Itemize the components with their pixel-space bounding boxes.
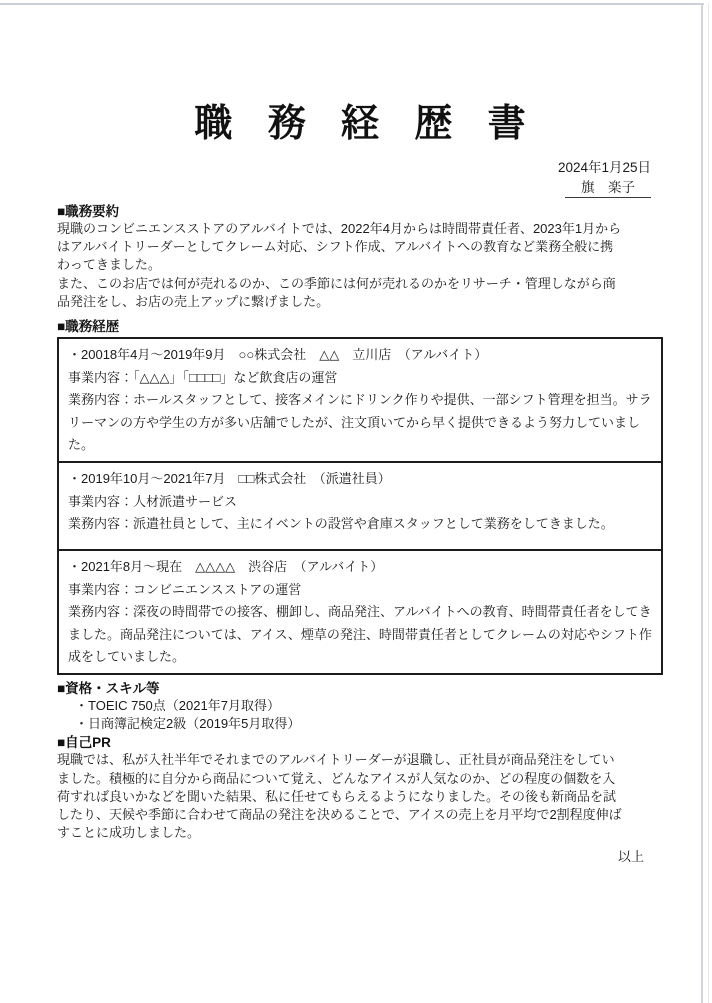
job-3-period: ・2021年8月～現在 △△△△ 渋谷店 （アルバイト） [68, 556, 652, 579]
section-heading-history: ■職務経歴 [57, 318, 663, 335]
resume-page: 職 務 経 歴 書 2024年1月25日 旗 楽子 ■職務要約 現職のコンビニエ… [0, 0, 712, 1003]
job-entry-2: ・2019年10月～2021年7月 □□株式会社 （派遣社員） 事業内容：人材派… [59, 461, 661, 549]
skill-item-toeic: ・TOEIC 750点（2021年7月取得） [75, 697, 663, 715]
document-content: 職 務 経 歴 書 2024年1月25日 旗 楽子 ■職務要約 現職のコンビニエ… [0, 92, 712, 866]
document-date: 2024年1月25日 [57, 159, 651, 176]
section-heading-skills: ■資格・スキル等 [57, 680, 663, 697]
job-entry-1: ・20018年4月～2019年9月 ○○株式会社 △△ 立川店 （アルバイト） … [59, 339, 661, 461]
skill-item-bookkeeping: ・日商簿記検定2級（2019年5月取得） [75, 715, 663, 733]
job-3-duties: 業務内容：深夜の時間帯での接客、棚卸し、商品発注、アルバイトへの教育、時間帯責任… [68, 601, 652, 669]
job-3-business: 事業内容：コンビニエンスストアの運営 [68, 579, 652, 602]
job-2-duties: 業務内容：派遣社員として、主にイベントの設営や倉庫スタッフとして業務をしてきまし… [68, 513, 652, 536]
job-2-period: ・2019年10月～2021年7月 □□株式会社 （派遣社員） [68, 468, 652, 491]
job-1-period: ・20018年4月～2019年9月 ○○株式会社 △△ 立川店 （アルバイト） [68, 344, 652, 367]
job-1-duties: 業務内容：ホールスタッフとして、接客メインにドリンク作りや提供、一部シフト管理を… [68, 389, 652, 457]
history-table: ・20018年4月～2019年9月 ○○株式会社 △△ 立川店 （アルバイト） … [57, 337, 663, 675]
applicant-name: 旗 楽子 [565, 178, 651, 198]
date-name-block: 2024年1月25日 旗 楽子 [57, 159, 663, 198]
job-1-business: 事業内容：「△△△」「□□□□」など飲食店の運営 [68, 367, 652, 390]
closing-ijou: 以上 [57, 848, 663, 866]
section-heading-pr: ■自己PR [57, 734, 663, 751]
skills-list: ・TOEIC 750点（2021年7月取得） ・日商簿記検定2級（2019年5月… [57, 697, 663, 733]
pr-paragraph: 現職では、私が入社半年でそれまでのアルバイトリーダーが退職し、正社員が商品発注を… [57, 751, 663, 842]
job-2-business: 事業内容：人材派遣サービス [68, 491, 652, 514]
page-top-edge-line [0, 3, 704, 5]
document-title: 職 務 経 歴 書 [57, 92, 663, 147]
section-heading-summary: ■職務要約 [57, 203, 663, 220]
summary-paragraph: 現職のコンビニエンスストアのアルバイトでは、2022年4月からは時間帯責任者、2… [57, 220, 663, 311]
job-entry-3: ・2021年8月～現在 △△△△ 渋谷店 （アルバイト） 事業内容：コンビニエン… [59, 549, 661, 673]
